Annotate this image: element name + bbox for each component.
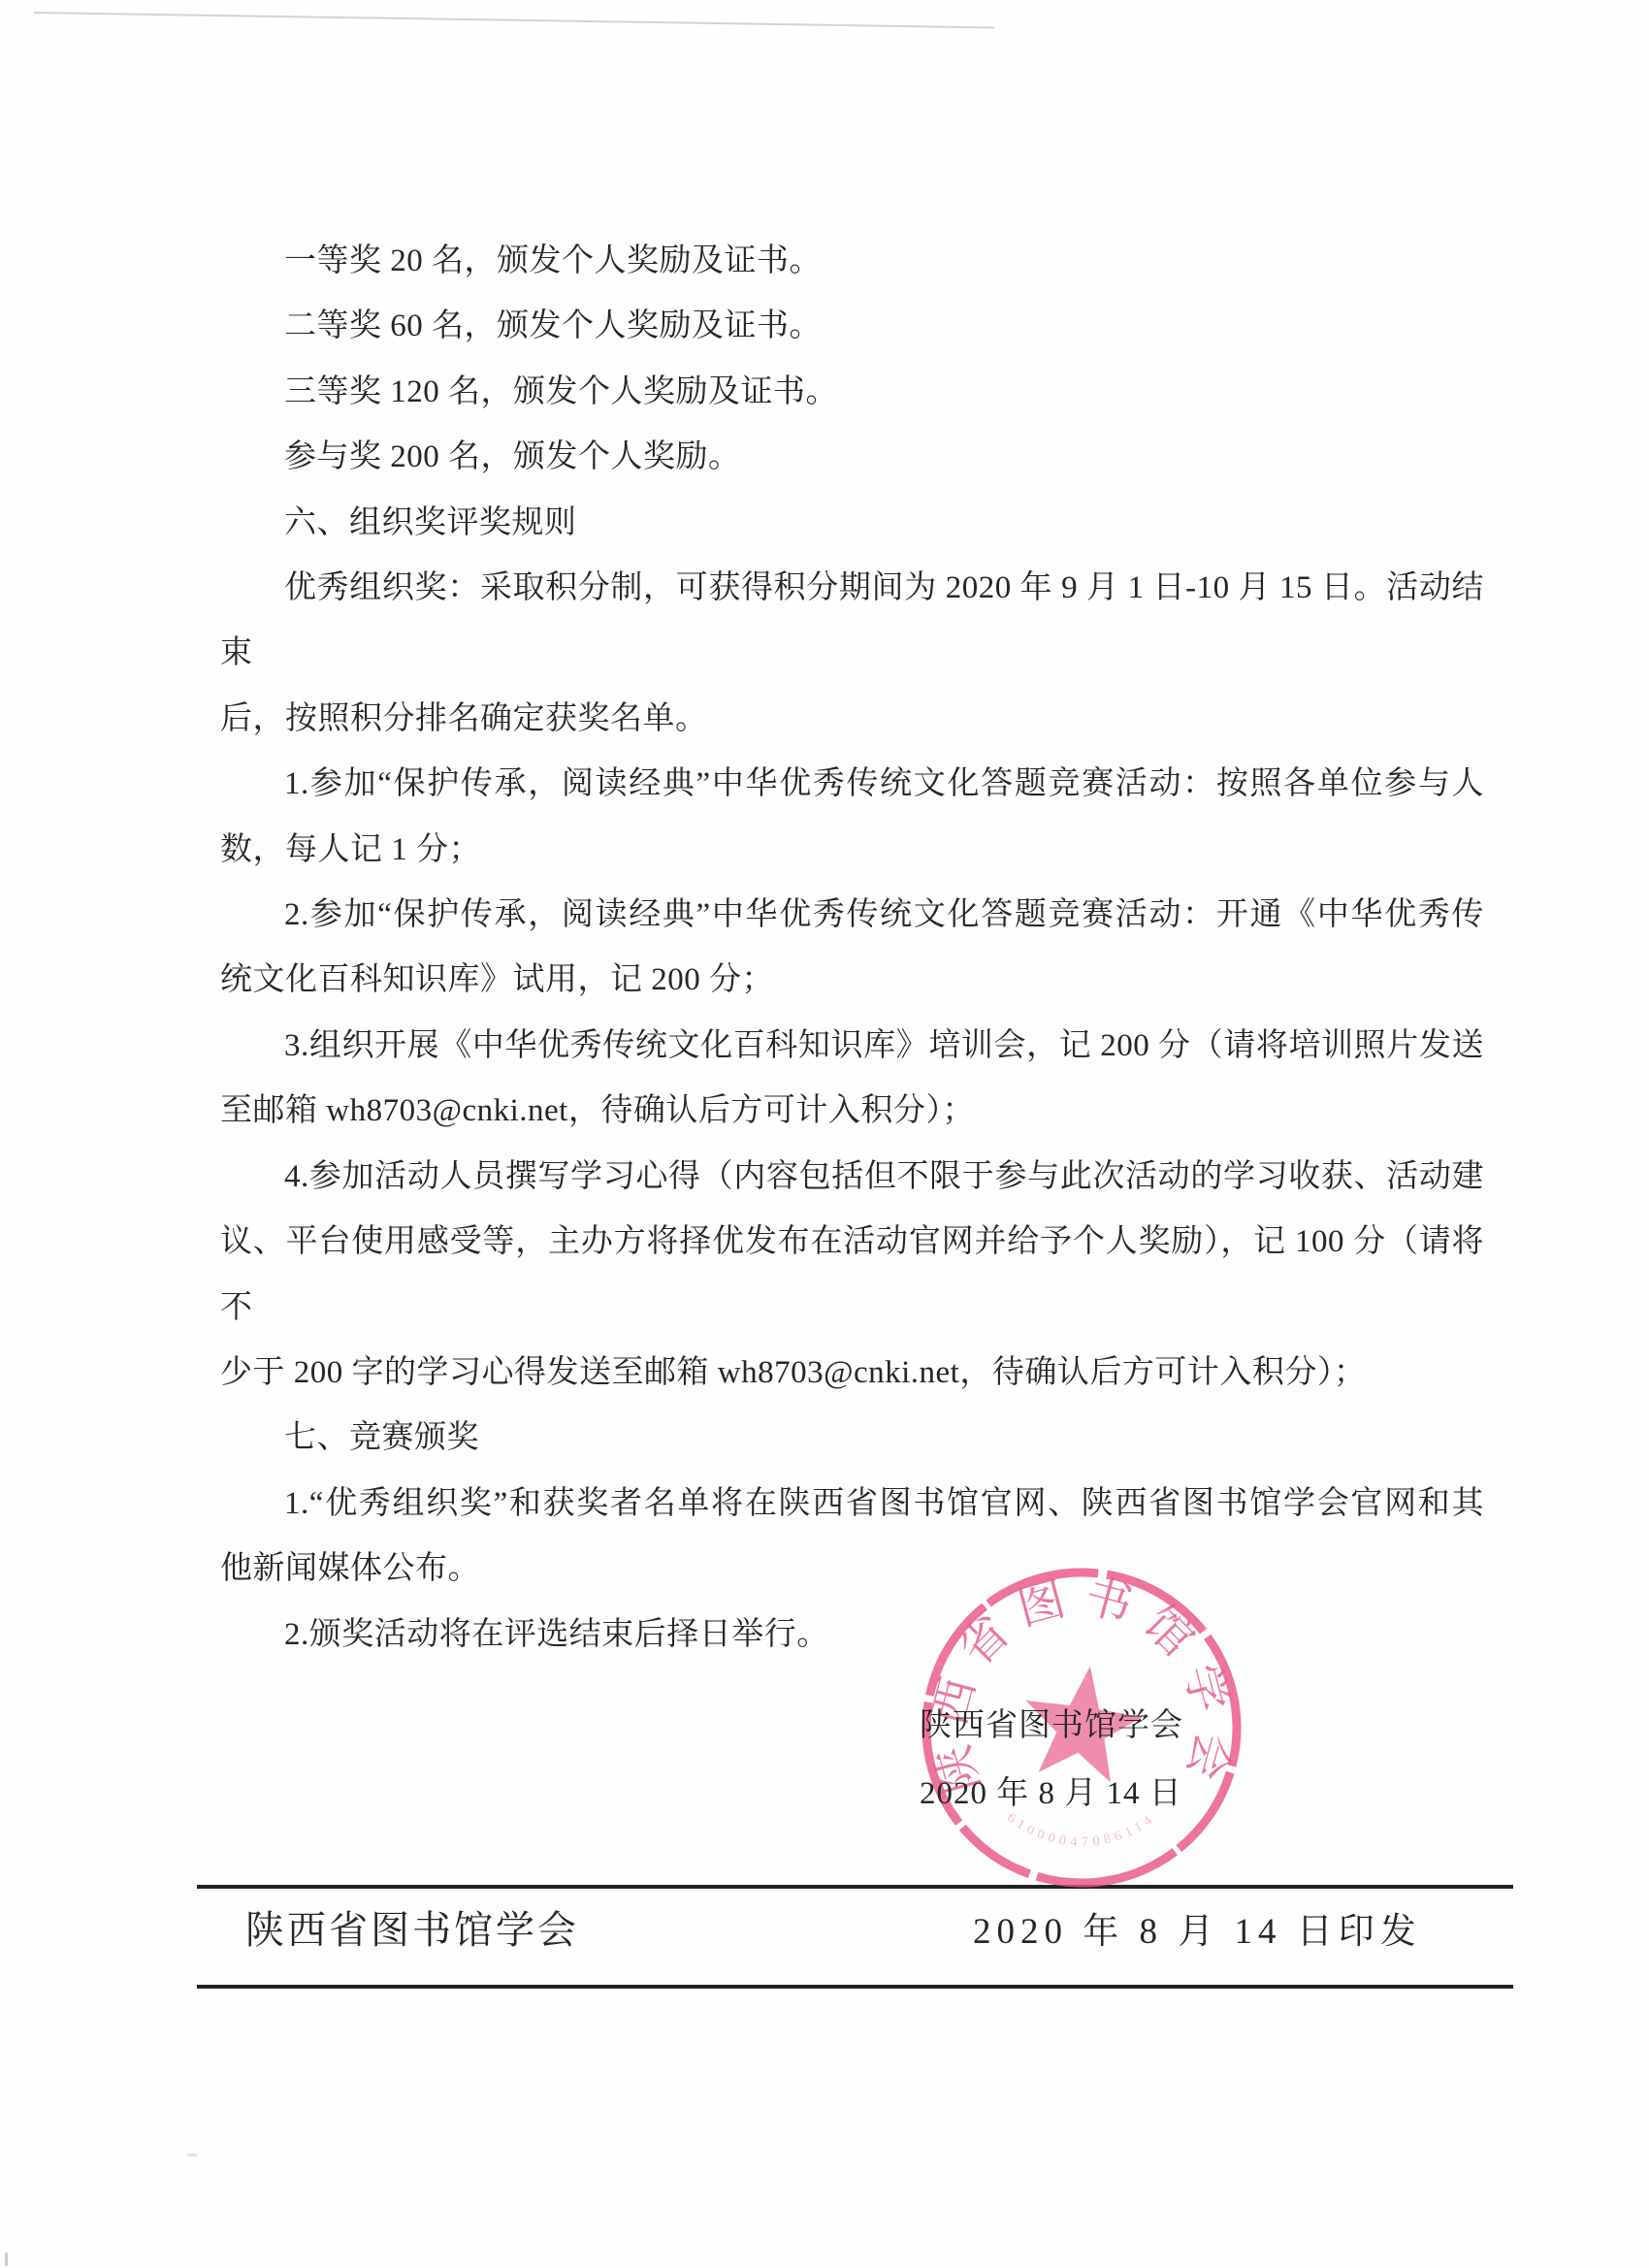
seal-serial-number: 61000047086114 [1004,1811,1159,1851]
body-line: 2.颁奖活动将在评选结束后择日举行。 [220,1603,1484,1668]
body-line: 至邮箱 wh8703@cnki.net，待确认后方可计入积分）； [220,1079,1484,1144]
body-line: 统文化百科知识库》试用，记 200 分； [220,948,1484,1013]
body-line: 数，每人记 1 分； [220,818,1484,883]
footer-rule-bottom [197,1985,1513,1989]
body-line: 二等奖 60 名，颁发个人奖励及证书。 [220,294,1484,359]
document-body: 一等奖 20 名，颁发个人奖励及证书。 二等奖 60 名，颁发个人奖励及证书。 … [220,229,1484,1668]
scan-artifact-left-tick [5,2252,8,2266]
body-line: 1.参加“保护传承，阅读经典”中华优秀传统文化答题竞赛活动：按照各单位参与人 [220,752,1484,817]
body-line: 优秀组织奖：采取积分制，可获得积分期间为 2020 年 9 月 1 日-10 月… [220,556,1484,687]
signature-organization: 陕西省图书馆学会 [920,1700,1183,1745]
scan-artifact-top-line [34,12,994,29]
body-section-heading: 七、竞赛颁奖 [220,1406,1484,1471]
scan-artifact-smudge [187,2154,197,2156]
body-line: 他新闻媒体公布。 [220,1537,1484,1602]
body-line: 一等奖 20 名，颁发个人奖励及证书。 [220,229,1484,294]
body-line: 少于 200 字的学习心得发送至邮箱 wh8703@cnki.net，待确认后方… [220,1341,1484,1406]
body-section-heading: 六、组织奖评奖规则 [220,491,1484,556]
body-line: 4.参加活动人员撰写学习心得（内容包括但不限于参与此次活动的学习收获、活动建 [220,1145,1484,1210]
footer-rule-top [197,1885,1513,1889]
footer-organization: 陕西省图书馆学会 [245,1899,579,1955]
body-line: 三等奖 120 名，颁发个人奖励及证书。 [220,360,1484,425]
body-line: 3.组织开展《中华优秀传统文化百科知识库》培训会，记 200 分（请将培训照片发… [220,1014,1484,1079]
body-line: 议、平台使用感受等，主办方将择优发布在活动官网并给予个人奖励），记 100 分（… [220,1210,1484,1341]
body-line: 2.参加“保护传承，阅读经典”中华优秀传统文化答题竞赛活动：开通《中华优秀传 [220,883,1484,948]
body-line: 参与奖 200 名，颁发个人奖励。 [220,425,1484,490]
scanned-document-page: 一等奖 20 名，颁发个人奖励及证书。 二等奖 60 名，颁发个人奖励及证书。 … [0,0,1649,2268]
signature-date: 2020 年 8 月 14 日 [920,1767,1182,1813]
body-line: 1.“优秀组织奖”和获奖者名单将在陕西省图书馆官网、陕西省图书馆学会官网和其 [220,1472,1484,1537]
body-line: 后，按照积分排名确定获奖名单。 [220,687,1484,752]
